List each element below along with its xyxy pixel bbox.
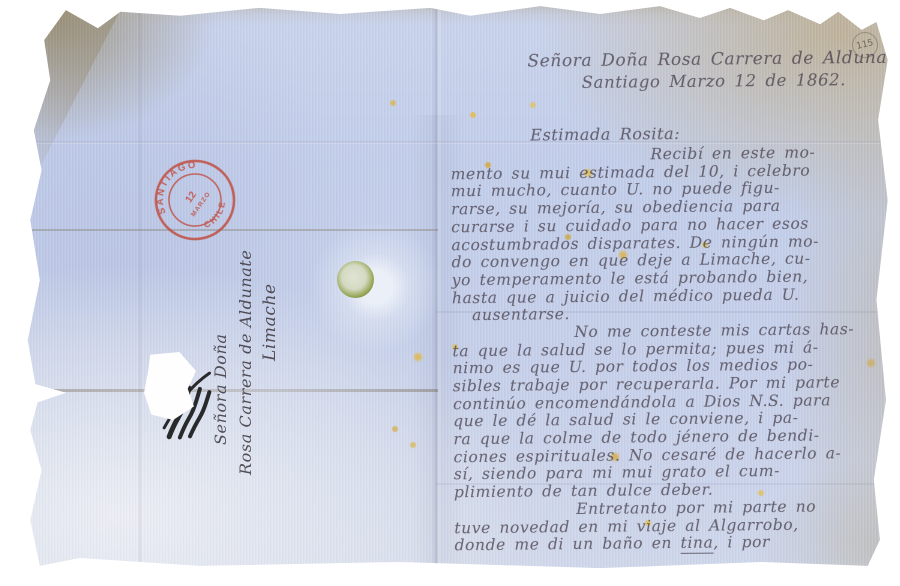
underlined-word: tina [680,534,713,554]
scanned-letter-photo: SANTIAGO CHILE 12 MARZO Señora Doña Rosa… [0,0,900,586]
salutation: Estimada Rosita: [530,123,888,144]
dateline: Santiago Marzo 12 de 1862. [582,70,888,91]
paper-tear [144,352,196,420]
last-line-pre: donde me di un baño en [454,534,680,554]
recipient-heading: Señora Doña Rosa Carrera de Aldunate [527,50,887,71]
left-fold-line [138,5,142,571]
letter-paper: SANTIAGO CHILE 12 MARZO Señora Doña Rosa… [26,5,892,571]
wafer-seal [337,261,374,298]
address-line-name: Rosa Carrera de Aldunate [233,227,258,475]
letter-text-page: Señora Doña Rosa Carrera de Aldunate San… [449,50,892,555]
seal-crease-halo [306,217,446,357]
address-line-city: Limache [258,227,283,361]
address-panel: Señora Doña Rosa Carrera de Aldunate Lim… [208,227,283,479]
last-line-post: , i por [713,533,770,552]
